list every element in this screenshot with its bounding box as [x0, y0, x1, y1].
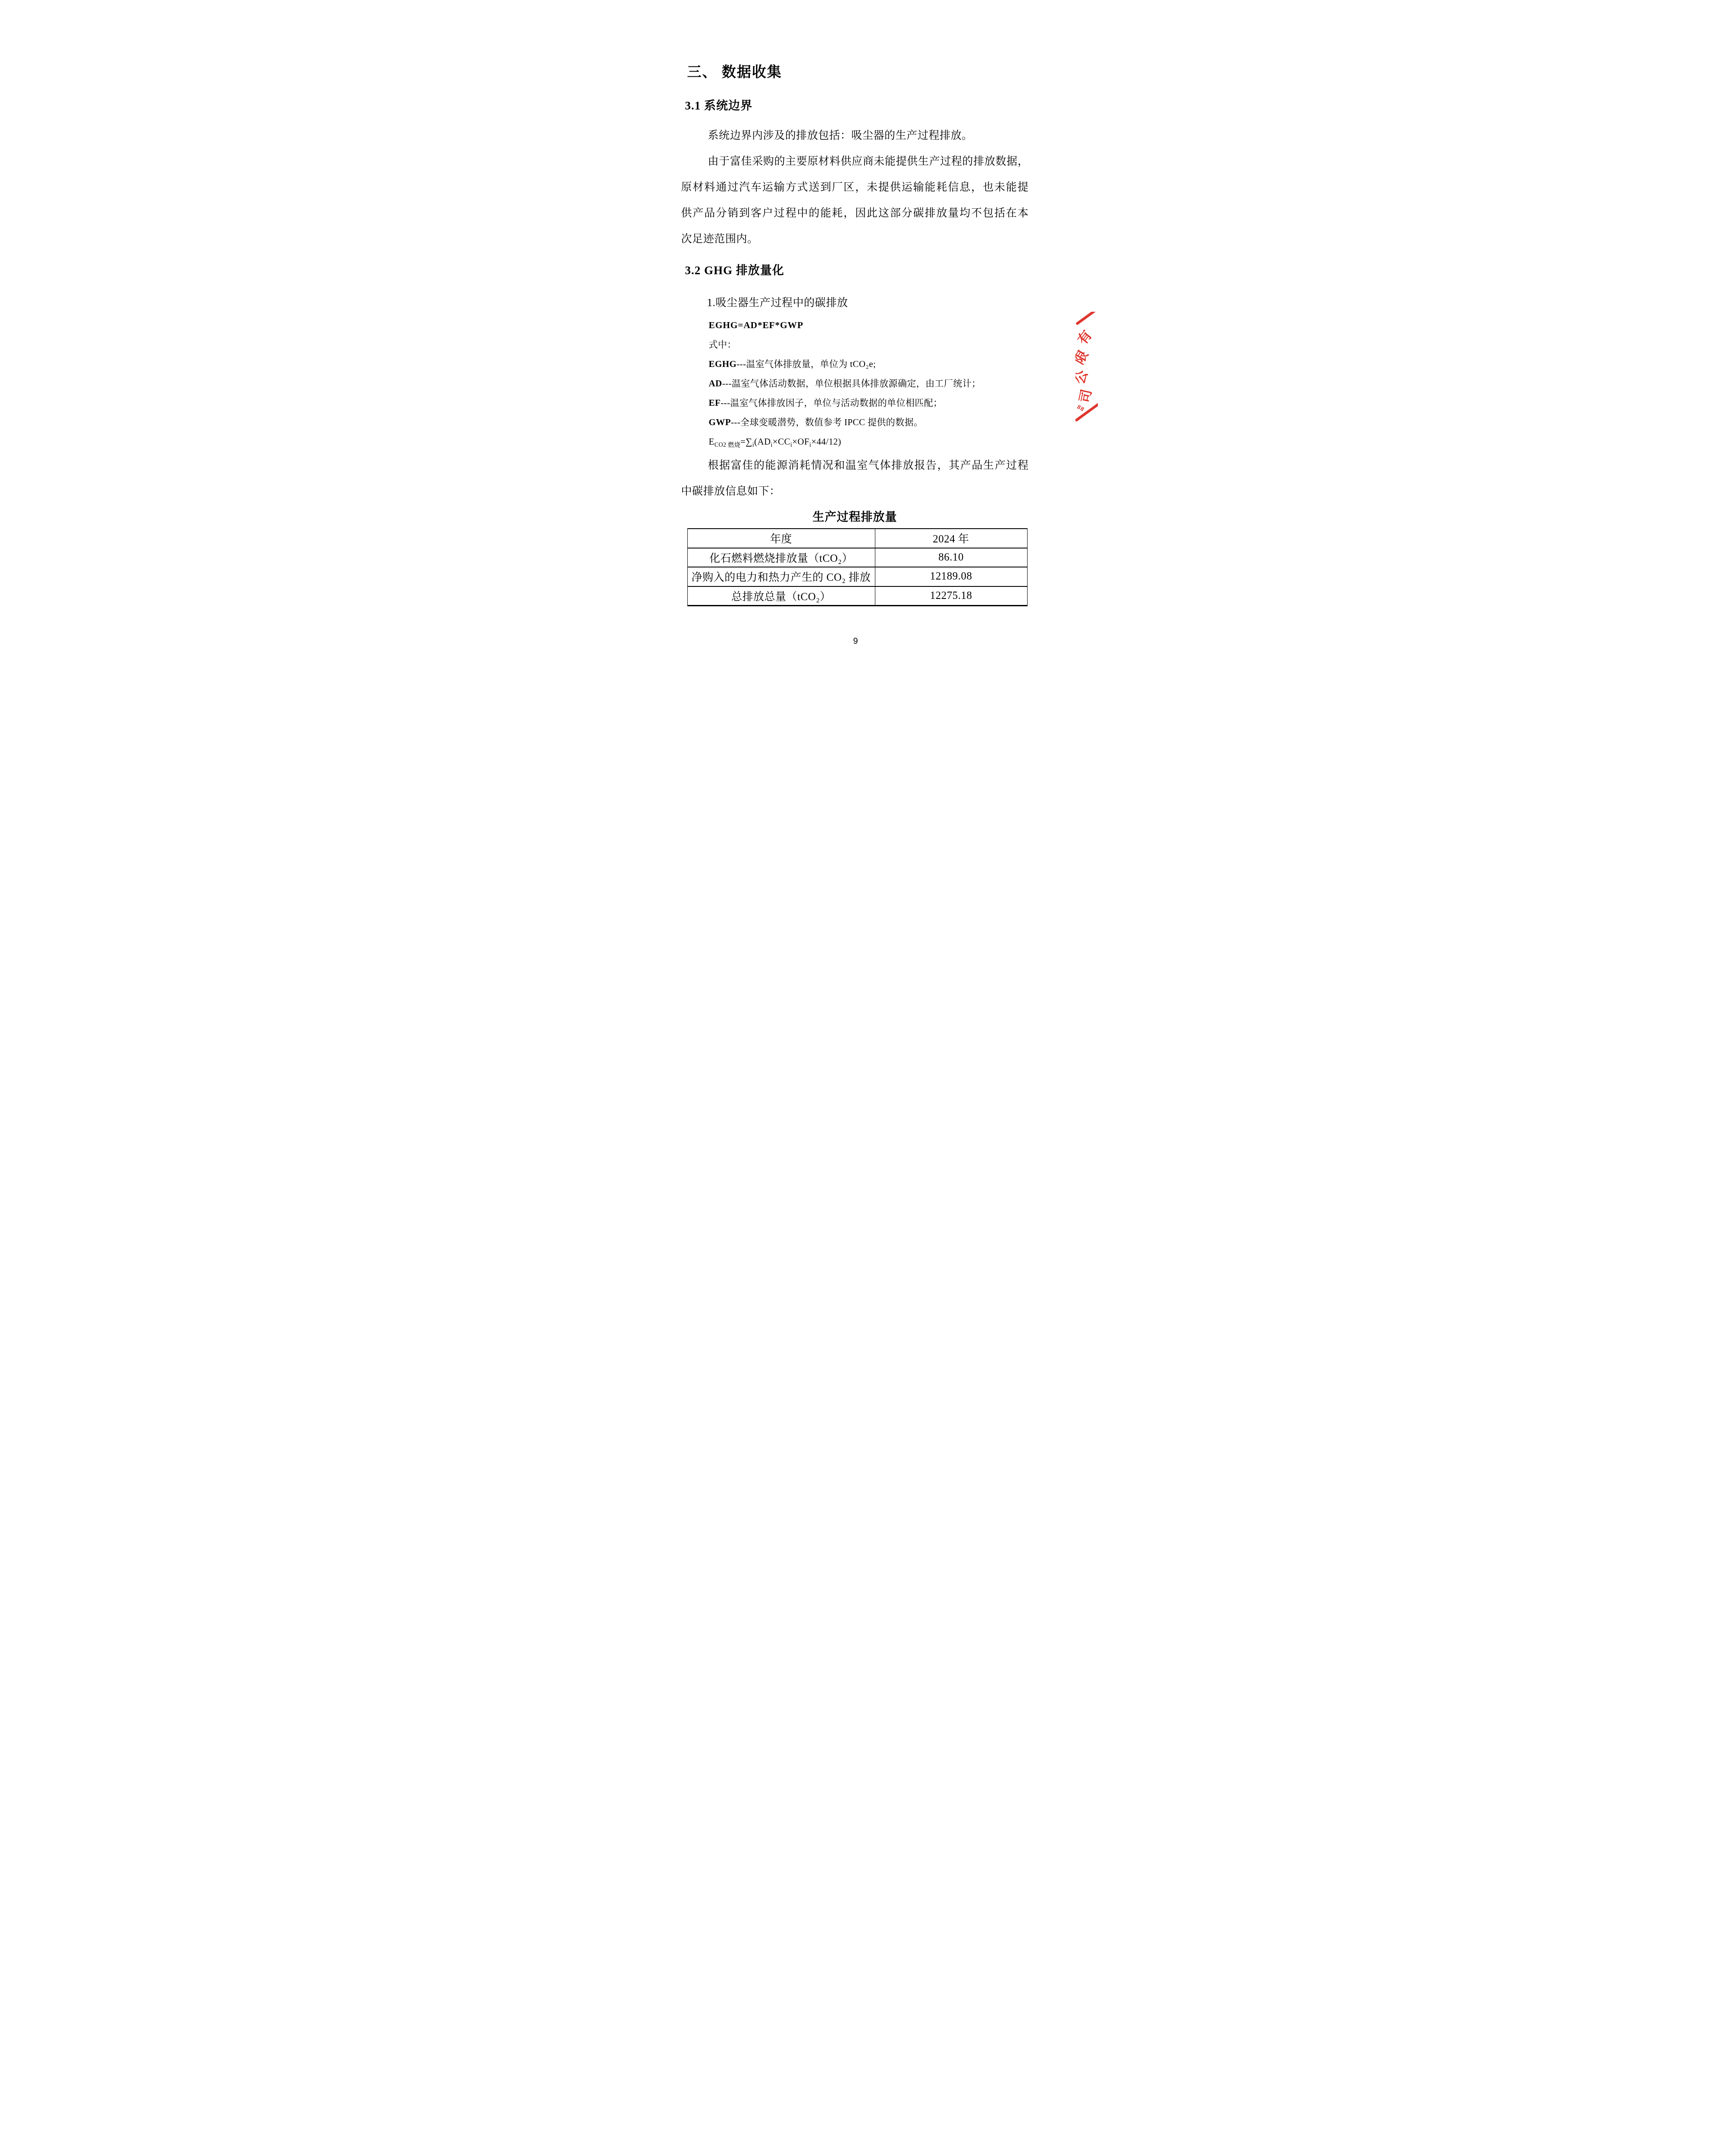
formula-definition-line: EGHG---温室气体排放量，单位为 tCO₂e; [709, 354, 1029, 374]
list-item-text: 1.吸尘器生产过程中的碳排放 [681, 290, 1029, 316]
paragraph-system-boundary: 系统边界内涉及的排放包括：吸尘器的生产过程排放。 [681, 123, 1029, 149]
formula-definition-line: EF---温室气体排放因子，单位与活动数据的单位相匹配； [709, 393, 1029, 413]
section-3-2-heading: 3.2 GHG 排放量化 [685, 262, 784, 279]
formula-term: EF [709, 398, 721, 408]
text-line: 次足迹范围内。 [681, 226, 1029, 252]
chapter-heading: 三、 数据收集 [687, 63, 782, 82]
table-cell-label: 化石燃料燃烧排放量（tCO₂） [687, 548, 875, 567]
table-row: 总排放总量（tCO₂）12275.18 [687, 586, 1027, 606]
formula-subscript: 燃烧 [726, 442, 740, 448]
table-row: 净购入的电力和热力产生的 CO₂ 排放12189.08 [687, 567, 1027, 586]
formula-term: AD [709, 378, 722, 389]
text-line: 系统边界内涉及的排放包括：吸尘器的生产过程排放。 [681, 123, 1029, 149]
text-line: 中碳排放信息如下： [681, 479, 1029, 505]
company-seal-stamp: 有限公司 88 [1075, 312, 1098, 425]
table-cell-value: 2024 年 [875, 529, 1027, 548]
document-page: 三、 数据收集 3.1 系统边界 系统边界内涉及的排放包括：吸尘器的生产过程排放… [614, 0, 1098, 685]
list-item-production-emissions: 1.吸尘器生产过程中的碳排放 [681, 290, 1029, 316]
formula-definition-line: GWP---全球变暖潜势，数值参考 IPCC 提供的数据。 [709, 413, 1029, 432]
table-cell-value: 12275.18 [875, 586, 1027, 606]
table-cell-label: 净购入的电力和热力产生的 CO₂ 排放 [687, 567, 875, 586]
seal-character: 公 [1075, 369, 1090, 386]
table-cell-label: 年度 [687, 529, 875, 548]
formula-term: EGHG [709, 359, 737, 369]
seal-arc-bottom [1075, 395, 1098, 422]
section-3-1-heading: 3.1 系统边界 [685, 97, 753, 114]
formula-segment: ×CC [773, 436, 790, 447]
seal-digits: 88 [1076, 404, 1085, 413]
text-line: 由于富佳采购的主要原材料供应商未能提供生产过程的排放数据， [681, 149, 1029, 175]
table-cell-value: 12189.08 [875, 567, 1027, 586]
table-cell-value: 86.10 [875, 548, 1027, 567]
seal-character: 限 [1075, 348, 1091, 366]
paragraph-intro-table: 根据富佳的能源消耗情况和温室气体排放报告，其产品生产过程中碳排放信息如下： [681, 453, 1029, 505]
formula-main: EGHG=AD*EF*GWP [709, 316, 1029, 335]
text-line: 原材料通过汽车运输方式送到厂区，未提供运输能耗信息，也未能提 [681, 175, 1029, 201]
formula-segment: (AD [754, 436, 771, 447]
formula-block: EGHG=AD*EF*GWP 式中： EGHG---温室气体排放量，单位为 tC… [709, 316, 1029, 455]
formula-term-description: ---温室气体排放量，单位为 tCO₂e; [736, 359, 876, 369]
formula-segment: ×OF [792, 436, 809, 447]
paragraph-exclusions: 由于富佳采购的主要原材料供应商未能提供生产过程的排放数据，原材料通过汽车运输方式… [681, 149, 1029, 252]
formula-subscript: CO2 [714, 442, 727, 448]
formula-segment: ×44/12) [811, 436, 841, 447]
text-line: 根据富佳的能源消耗情况和温室气体排放报告，其产品生产过程 [681, 453, 1029, 479]
formula-definition-line: AD---温室气体活动数据，单位根据具体排放源确定，由工厂统计； [709, 374, 1029, 393]
table-cell-label: 总排放总量（tCO₂） [687, 586, 875, 606]
formula-where-label: 式中： [709, 335, 1029, 354]
table-row: 化石燃料燃烧排放量（tCO₂）86.10 [687, 548, 1027, 567]
emissions-table: 年度2024 年化石燃料燃烧排放量（tCO₂）86.10净购入的电力和热力产生的… [687, 528, 1028, 606]
formula-eco2: ECO2 燃烧=∑i(ADi×CCi×OFi×44/12) [709, 432, 1029, 455]
seal-character: 司 [1078, 388, 1094, 404]
formula-term-description: ---温室气体活动数据，单位根据具体排放源确定，由工厂统计； [722, 378, 981, 389]
seal-character: 有 [1075, 328, 1094, 347]
table-title: 生产过程排放量 [681, 508, 1029, 527]
page-number: 9 [614, 636, 1098, 646]
formula-segment: =∑ [740, 436, 752, 447]
seal-arc-top [1075, 312, 1098, 325]
formula-term: GWP [709, 417, 731, 427]
text-line: 供产品分销到客户过程中的能耗，因此这部分碳排放量均不包括在本 [681, 201, 1029, 226]
formula-term-description: ---温室气体排放因子，单位与活动数据的单位相匹配； [721, 398, 942, 408]
table-row: 年度2024 年 [687, 529, 1027, 548]
formula-term-description: ---全球变暖潜势，数值参考 IPCC 提供的数据。 [731, 417, 923, 427]
formula-definitions: EGHG---温室气体排放量，单位为 tCO₂e;AD---温室气体活动数据，单… [709, 354, 1029, 432]
formula-segment: E [709, 436, 714, 447]
